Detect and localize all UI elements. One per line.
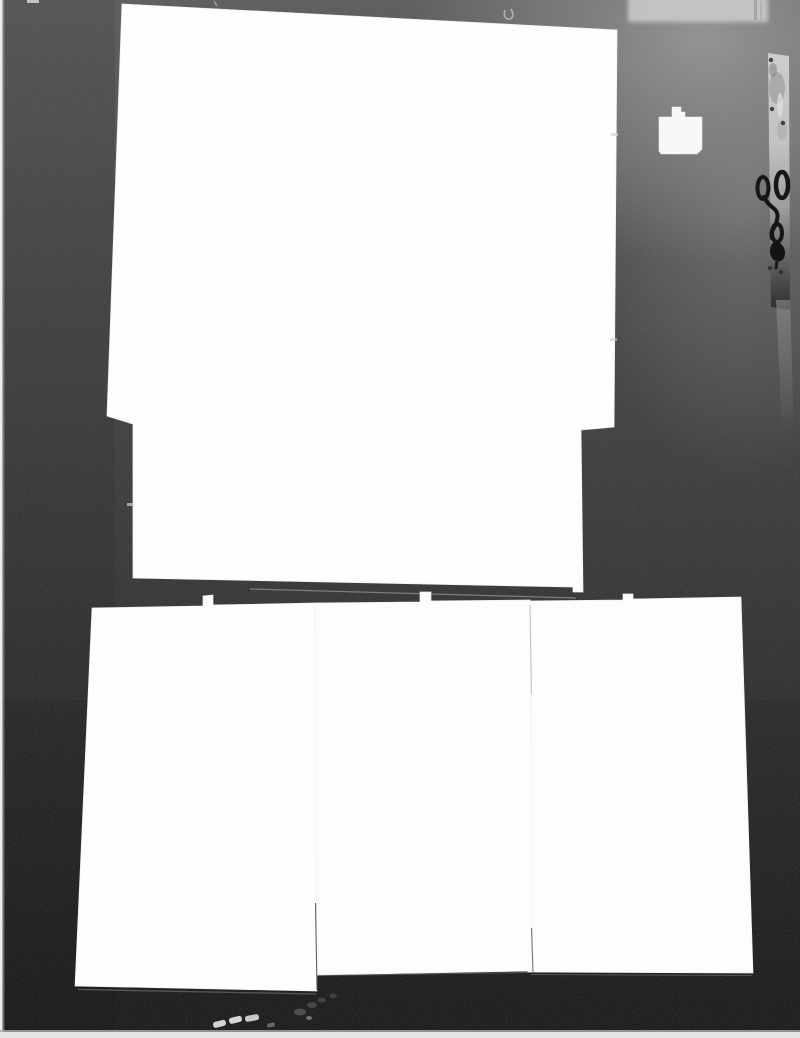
metal-strip-highlight (777, 93, 783, 117)
bottom-sheet-middle (315, 592, 533, 975)
smudge-3 (318, 998, 326, 1003)
chain-tail (776, 261, 777, 268)
light-band-streak-2 (760, 1, 762, 20)
metal-strip-mottle-3 (769, 63, 777, 77)
photo-edge-left-bright (0, 0, 3, 1038)
photo-edge-bottom (0, 1032, 800, 1038)
large-paper-step-tick (127, 503, 134, 506)
rivet-5 (779, 270, 783, 274)
rivet-1 (769, 58, 773, 62)
light-band-streak-1 (754, 0, 757, 20)
large-paper-edge-tick-2 (610, 338, 617, 341)
photograph (0, 0, 800, 1038)
smudge-2 (307, 1002, 317, 1008)
photo-edge-top-nick (27, 0, 39, 3)
photo-edge-bottom-line (0, 1030, 800, 1032)
large-paper (107, 4, 617, 592)
light-band (628, 0, 768, 22)
rivet-3 (781, 121, 785, 125)
smudge-1 (294, 1009, 306, 1016)
rivet-4 (768, 266, 772, 270)
large-paper-edge-tick-1 (611, 133, 618, 136)
photo-edge-left-soft (3, 0, 5, 1038)
smudge-5 (306, 1016, 312, 1020)
bottom-sheet-left (75, 595, 317, 991)
rivet-2 (770, 107, 774, 111)
bottom-sheet-right (528, 594, 753, 973)
photo-svg (0, 0, 800, 1038)
smudge-4 (329, 994, 337, 999)
